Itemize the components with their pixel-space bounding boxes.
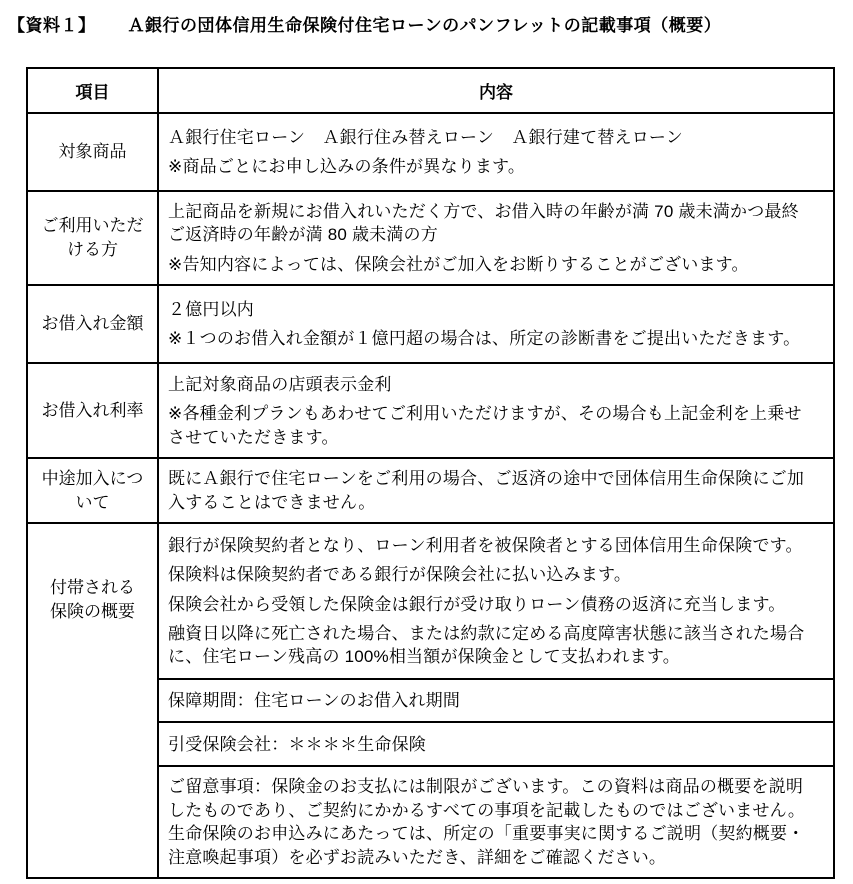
row-content-midterm-enrollment: 既にＡ銀行で住宅ローンをご利用の場合、ご返済の途中で団体信用生命保険にご加 入す… <box>158 458 834 523</box>
table-header-row: 項目 内容 <box>27 68 834 113</box>
row-content-eligible-persons: 上記商品を新規にお借入れいただく方で、お借入時の年齢が満 70 歳未満かつ最終 … <box>158 191 834 285</box>
paragraph: 銀行が保険契約者となり、ローン利用者を被保険者とする団体信用生命保険です。 <box>168 534 829 557</box>
row-content-important-notes: ご留意事項：保険金のお支払には制限がございます。この資料は商品の概要を説明 した… <box>158 766 834 878</box>
paragraph: 保険会社から受領した保険金は銀行が受け取りローン債務の返済に充当します。 <box>168 593 829 616</box>
paragraph: Ａ銀行住宅ローン Ａ銀行住み替えローン Ａ銀行建て替えローン <box>168 126 829 149</box>
column-header-content: 内容 <box>158 68 834 113</box>
document-page: 【資料１】Ａ銀行の団体信用生命保険付住宅ローンのパンフレットの記載事項（概要） … <box>0 0 853 884</box>
paragraph: ※告知内容によっては、保険会社がご加入をお断りすることがございます。 <box>168 253 829 276</box>
paragraph: ２億円以内 <box>168 298 829 321</box>
column-header-item: 項目 <box>27 68 158 113</box>
row-label-loan-amount: お借入れ金額 <box>27 285 158 363</box>
table-row-loan-interest-rate: お借入れ利率 上記対象商品の店頭表示金利 ※各種金利プランもあわせてご利用いただ… <box>27 363 834 458</box>
table-row-eligible-persons: ご利用いただ ける方 上記商品を新規にお借入れいただく方で、お借入時の年齢が満 … <box>27 191 834 285</box>
row-label-eligible-persons: ご利用いただ ける方 <box>27 191 158 285</box>
paragraph: ※１つのお借入れ金額が１億円超の場合は、所定の診断書をご提出いただきます。 <box>168 327 829 350</box>
document-title: 【資料１】Ａ銀行の団体信用生命保険付住宅ローンのパンフレットの記載事項（概要） <box>8 11 721 36</box>
title-text: Ａ銀行の団体信用生命保険付住宅ローンのパンフレットの記載事項（概要） <box>128 16 722 35</box>
row-content-underwriter: 引受保険会社：＊＊＊＊生命保険 <box>158 722 834 766</box>
loan-insurance-summary-table: 項目 内容 対象商品 Ａ銀行住宅ローン Ａ銀行住み替えローン Ａ銀行建て替えロー… <box>26 67 835 879</box>
table-row-target-products: 対象商品 Ａ銀行住宅ローン Ａ銀行住み替えローン Ａ銀行建て替えローン ※商品ご… <box>27 113 834 191</box>
table-row-midterm-enrollment: 中途加入につ いて 既にＡ銀行で住宅ローンをご利用の場合、ご返済の途中で団体信用… <box>27 458 834 523</box>
paragraph: 融資日以降に死亡された場合、または約款に定める高度障害状態に該当された場合 に、… <box>168 622 829 669</box>
paragraph: ご留意事項：保険金のお支払には制限がございます。この資料は商品の概要を説明 した… <box>168 775 829 869</box>
row-label-midterm-enrollment: 中途加入につ いて <box>27 458 158 523</box>
paragraph: 既にＡ銀行で住宅ローンをご利用の場合、ご返済の途中で団体信用生命保険にご加 入す… <box>168 467 829 514</box>
table-row-attached-insurance-overview: 付帯される 保険の概要 銀行が保険契約者となり、ローン利用者を被保険者とする団体… <box>27 523 834 679</box>
paragraph: ※商品ごとにお申し込みの条件が異なります。 <box>168 155 829 178</box>
paragraph: 上記対象商品の店頭表示金利 <box>168 373 829 396</box>
row-label-target-products: 対象商品 <box>27 113 158 191</box>
title-label: 【資料１】 <box>8 16 96 35</box>
row-content-coverage-period: 保障期間：住宅ローンのお借入れ期間 <box>158 679 834 722</box>
table-row-loan-amount: お借入れ金額 ２億円以内 ※１つのお借入れ金額が１億円超の場合は、所定の診断書を… <box>27 285 834 363</box>
row-content-loan-interest-rate: 上記対象商品の店頭表示金利 ※各種金利プランもあわせてご利用いただけますが、その… <box>158 363 834 458</box>
row-content-target-products: Ａ銀行住宅ローン Ａ銀行住み替えローン Ａ銀行建て替えローン ※商品ごとにお申し… <box>158 113 834 191</box>
paragraph: 保険料は保険契約者である銀行が保険会社に払い込みます。 <box>168 563 829 586</box>
row-label-attached-insurance: 付帯される 保険の概要 <box>27 523 158 878</box>
paragraph: ※各種金利プランもあわせてご利用いただけますが、その場合も上記金利を上乗せ させ… <box>168 402 829 449</box>
paragraph: 引受保険会社：＊＊＊＊生命保険 <box>168 733 829 756</box>
row-content-insurance-overview: 銀行が保険契約者となり、ローン利用者を被保険者とする団体信用生命保険です。 保険… <box>158 523 834 679</box>
row-content-loan-amount: ２億円以内 ※１つのお借入れ金額が１億円超の場合は、所定の診断書をご提出いただき… <box>158 285 834 363</box>
row-label-loan-interest-rate: お借入れ利率 <box>27 363 158 458</box>
paragraph: 保障期間：住宅ローンのお借入れ期間 <box>168 689 829 712</box>
paragraph: 上記商品を新規にお借入れいただく方で、お借入時の年齢が満 70 歳未満かつ最終 … <box>168 200 829 247</box>
